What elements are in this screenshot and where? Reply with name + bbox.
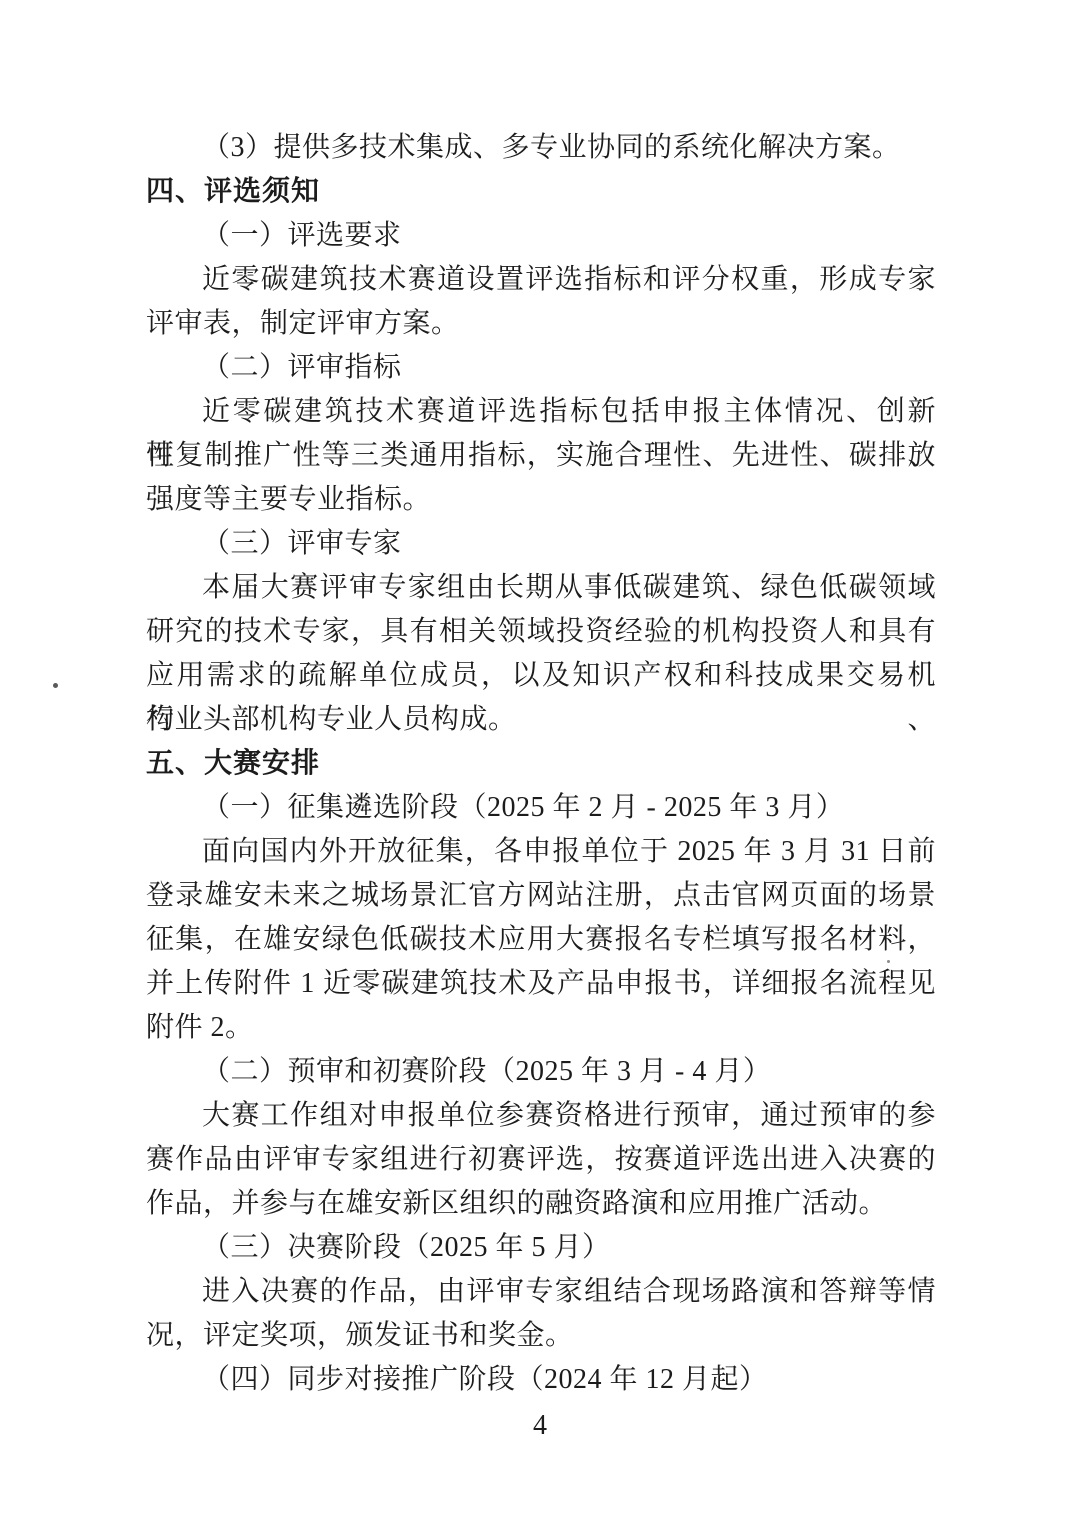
text-line: （3）提供多技术集成、多专业协同的系统化解决方案。 — [146, 126, 936, 170]
text-line: 评审表，制定评审方案。 — [146, 302, 936, 346]
text-line: 登录雄安未来之城场景汇官方网站注册，点击官网页面的场景 — [146, 874, 936, 918]
document-body: （3）提供多技术集成、多专业协同的系统化解决方案。四、评选须知（一）评选要求近零… — [146, 126, 936, 1402]
text-line: 况，评定奖项，颁发证书和奖金。 — [146, 1314, 936, 1358]
text-line: 可复制推广性等三类通用指标，实施合理性、先进性、碳排放 — [146, 434, 936, 478]
text-line: （三）决赛阶段（2025 年 5 月） — [146, 1226, 936, 1270]
scan-speck — [887, 960, 890, 963]
page-footer: 4 — [0, 1404, 1080, 1448]
text-line: 近零碳建筑技术赛道设置评选指标和评分权重，形成专家 — [146, 258, 936, 302]
text-line: （二）评审指标 — [146, 346, 936, 390]
section-heading: 四、评选须知 — [146, 170, 936, 214]
text-line: 大赛工作组对申报单位参赛资格进行预审，通过预审的参 — [146, 1094, 936, 1138]
text-line: 本届大赛评审专家组由长期从事低碳建筑、绿色低碳领域 — [146, 566, 936, 610]
text-line: 附件 2。 — [146, 1006, 936, 1050]
text-line: 研究的技术专家，具有相关领域投资经验的机构投资人和具有 — [146, 610, 936, 654]
text-line: 强度等主要专业指标。 — [146, 478, 936, 522]
scan-speck — [53, 683, 58, 688]
text-line: 赛作品由评审专家组进行初赛评选，按赛道评选出进入决赛的 — [146, 1138, 936, 1182]
text-line: 征集，在雄安绿色低碳技术应用大赛报名专栏填写报名材料， — [146, 918, 936, 962]
text-line: （一）评选要求 — [146, 214, 936, 258]
text-line: （四）同步对接推广阶段（2024 年 12 月起） — [146, 1358, 936, 1402]
text-line: （二）预审和初赛阶段（2025 年 3 月 - 4 月） — [146, 1050, 936, 1094]
text-line: （三）评审专家 — [146, 522, 936, 566]
text-line: 应用需求的疏解单位成员，以及知识产权和科技成果交易机构、 — [146, 654, 936, 698]
document-page: （3）提供多技术集成、多专业协同的系统化解决方案。四、评选须知（一）评选要求近零… — [0, 0, 1080, 1528]
text-line: 作品，并参与在雄安新区组织的融资路演和应用推广活动。 — [146, 1182, 936, 1226]
text-line: 近零碳建筑技术赛道评选指标包括申报主体情况、创新性、 — [146, 390, 936, 434]
page-number: 4 — [533, 1410, 547, 1441]
text-line: 面向国内外开放征集，各申报单位于 2025 年 3 月 31 日前 — [146, 830, 936, 874]
section-heading: 五、大赛安排 — [146, 742, 936, 786]
text-line: 并上传附件 1 近零碳建筑技术及产品申报书，详细报名流程见 — [146, 962, 936, 1006]
text-line: 进入决赛的作品，由评审专家组结合现场路演和答辩等情 — [146, 1270, 936, 1314]
text-line: （一）征集遴选阶段（2025 年 2 月 - 2025 年 3 月） — [146, 786, 936, 830]
